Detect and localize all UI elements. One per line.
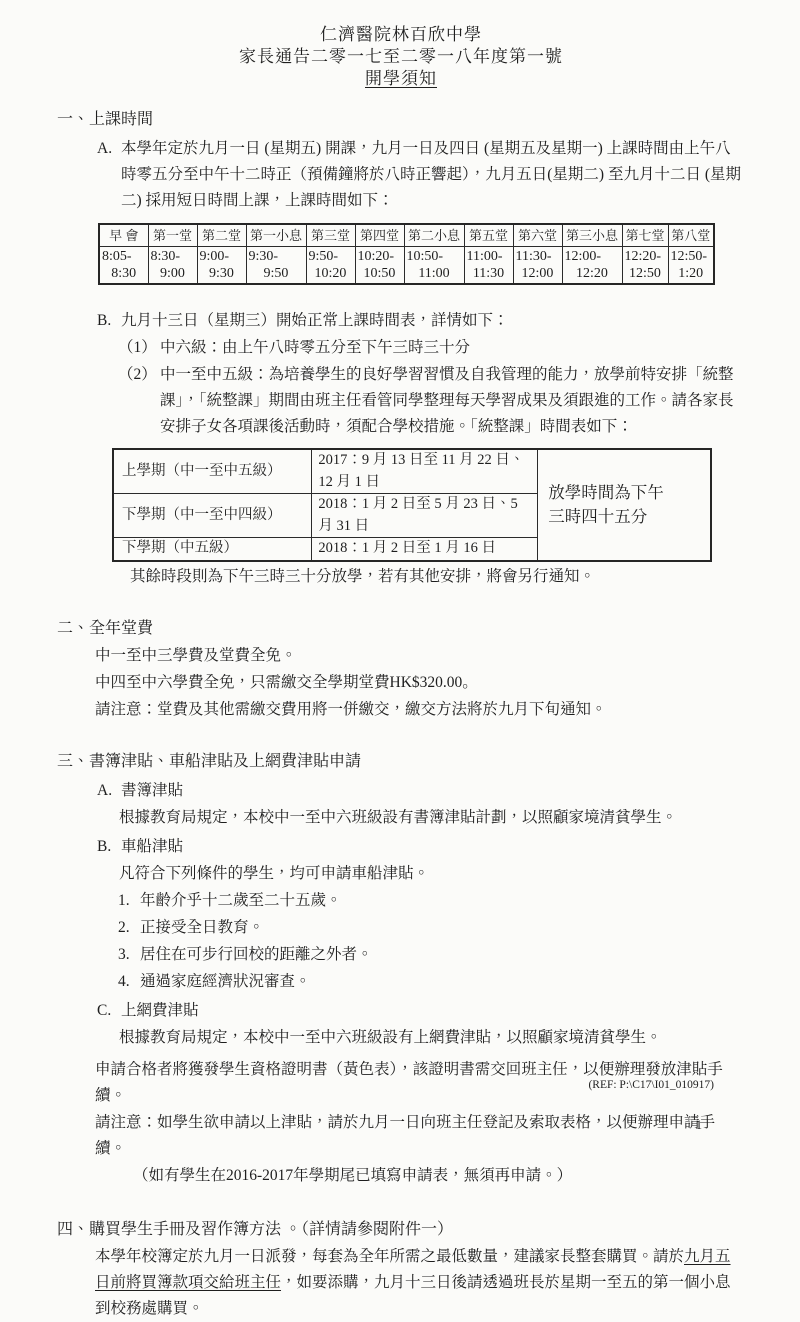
time-start: 9:00- [198,247,246,265]
schedule-col-header: 第三堂 [306,224,355,247]
section-class-times: 一、上課時間 A. 本學年定於九月一日 (星期五) 開課，九月一日及四日 (星期… [57,107,745,590]
schedule-col-header: 第八堂 [668,224,714,247]
schedule-col-header: 第五堂 [464,224,513,247]
section3-title: 三、書簿津貼、車船津貼及上網費津貼申請 [57,749,745,775]
schedule-col-header: 早 會 [99,224,148,247]
condition-number: 4. [118,969,140,995]
notice-number: 家長通告二零一七至二零一八年度第一號 [57,46,745,68]
scanned-notice-page: 仁濟醫院林百欣中學 家長通告二零一七至二零一八年度第一號 開學須知 一、上課時間… [0,0,800,1200]
subsidy-b: B. 車船津貼 [97,834,745,860]
subsidy-b-title: 車船津貼 [121,834,745,860]
time-start: 9:50- [307,247,355,265]
time-end: 12:20 [563,265,622,283]
condition-item: 2. 正接受全日教育。 [118,915,745,941]
time-end: 9:50 [247,265,306,283]
time-end: 11:30 [465,265,513,283]
schedule-col-header: 第一堂 [148,224,197,247]
fee-line-3: 請注意：堂費及其他需繳交費用將一併繳交，繳交方法將於九月下旬通知。 [95,697,745,723]
schedule-time-cell: 12:20-12:50 [622,247,668,285]
time-start: 10:20- [356,247,404,265]
time-start: 8:05- [100,247,148,265]
time-end: 8:30 [100,265,148,283]
schedule-time-cell: 10:20-10:50 [355,247,404,285]
item-b1: （1） 中六級：由上午八時零五分至下午三時三十分 [118,335,745,361]
section2-title: 二、全年堂費 [57,616,745,642]
school-name: 仁濟醫院林百欣中學 [57,24,745,46]
schedule-time-cell: 11:00-11:30 [464,247,513,285]
condition-text: 通過家庭經濟狀況審查。 [140,969,745,995]
term-dates: 2018：1 月 2 日至 1 月 16 日 [312,538,538,561]
schedule-time-cell: 12:00-12:20 [562,247,622,285]
notice-title: 開學須知 [365,68,437,90]
term-label: 上學期（中一至中五級） [113,449,312,494]
handbook-body: 本學年校簿定於九月一日派發，每套為全年所需之最低數量，建議家長整套購買。請於九月… [95,1244,745,1322]
item-a-label: A. [97,136,121,214]
subsidy-b-label: B. [97,834,121,860]
schedule-time-cell: 11:30-12:00 [513,247,562,285]
time-start: 10:50- [405,247,464,265]
schedule-col-header: 第二堂 [197,224,246,247]
schedule-col-header: 第七堂 [622,224,668,247]
time-start: 9:30- [247,247,306,265]
time-end: 9:00 [149,265,197,283]
time-end: 9:30 [198,265,246,283]
time-end: 10:20 [307,265,355,283]
schedule-col-header: 第一小息 [246,224,306,247]
subsidy-c-body: 根據教育局規定，本校中一至中六班級設有上網費津貼，以照顧家境清貧學生。 [119,1025,745,1051]
handbook-body-pre: 本學年校簿定於九月一日派發，每套為全年所需之最低數量，建議家長整套購買。請於 [95,1248,684,1265]
condition-text: 年齡介乎十二歲至二十五歲。 [140,888,745,914]
section-handbook-purchase: 四、購買學生手冊及習作簿方法 。（詳情請參閱附件一） 本學年校簿定於九月一日派發… [57,1217,745,1322]
section4-title: 四、購買學生手冊及習作簿方法 。（詳情請參閱附件一） [57,1217,745,1243]
condition-number: 3. [118,942,140,968]
subsidy-a: A. 書簿津貼 [97,778,745,804]
schedule-col-header: 第三小息 [562,224,622,247]
time-end: 10:50 [356,265,404,283]
reference-code: (REF: P:\C17\I01_010917) [588,1078,714,1092]
item-b-label: B. [97,308,121,334]
time-start: 12:50- [669,247,714,265]
time-end: 1:20 [669,265,714,283]
item-b2: （2） 中一至中五級：為培養學生的良好學習習慣及自我管理的能力，放學前特安排「統… [118,362,745,440]
section-subsidies: 三、書簿津貼、車船津貼及上網費津貼申請 A. 書簿津貼 根據教育局規定，本校中一… [57,749,745,1189]
item-b1-label: （1） [118,335,160,361]
condition-number: 1. [118,888,140,914]
subsidy-c-label: C. [97,998,121,1024]
section1-title: 一、上課時間 [57,107,745,133]
item-b-text: 九月十三日（星期三）開始正常上課時間表，詳情如下： [121,308,745,334]
item-b2-text: 中一至中五級：為培養學生的良好學習習慣及自我管理的能力，放學前特安排「統整課」，… [160,362,745,440]
subsidy-c: C. 上網費津貼 [97,998,745,1024]
schedule-col-header: 第四堂 [355,224,404,247]
time-start: 11:30- [514,247,562,265]
condition-number: 2. [118,915,140,941]
schedule-time-cell: 9:30-9:50 [246,247,306,285]
class-schedule-table: 早 會 第一堂 第二堂 第一小息 第三堂 第四堂 第二小息 第五堂 第六堂 第三… [98,223,715,285]
schedule-time-cell: 9:50-10:20 [306,247,355,285]
schedule-col-header: 第二小息 [404,224,464,247]
subsidy-a-title: 書簿津貼 [121,778,745,804]
term-row: 上學期（中一至中五級） 2017：9 月 13 日至 11 月 22 日、12 … [113,449,711,494]
condition-text: 正接受全日教育。 [140,915,745,941]
term-dates: 2018：1 月 2 日至 5 月 23 日、5 月 31 日 [312,494,538,538]
time-start: 12:20- [623,247,668,265]
dismissal-time-note: 放學時間為下午 三時四十五分 [538,449,711,561]
time-start: 12:00- [563,247,622,265]
item-a: A. 本學年定於九月一日 (星期五) 開課，九月一日及四日 (星期五及星期一) … [97,136,745,214]
fee-line-1: 中一至中三學費及堂費全免。 [95,643,745,669]
document-header: 仁濟醫院林百欣中學 家長通告二零一七至二零一八年度第一號 開學須知 [57,24,745,91]
consolidation-period-table: 上學期（中一至中五級） 2017：9 月 13 日至 11 月 22 日、12 … [112,448,712,562]
schedule-header-row: 早 會 第一堂 第二堂 第一小息 第三堂 第四堂 第二小息 第五堂 第六堂 第三… [99,224,714,247]
subsidy-a-label: A. [97,778,121,804]
schedule-times-row: 8:05-8:30 8:30-9:00 9:00-9:30 9:30-9:50 … [99,247,714,285]
item-b: B. 九月十三日（星期三）開始正常上課時間表，詳情如下： [97,308,745,334]
time-end: 12:00 [514,265,562,283]
term-dates: 2017：9 月 13 日至 11 月 22 日、12 月 1 日 [312,449,538,494]
schedule-time-cell: 12:50-1:20 [668,247,714,285]
subsidy-a-body: 根據教育局規定，本校中一至中六班級設有書簿津貼計劃，以照顧家境清貧學生。 [119,805,745,831]
item-b1-text: 中六級：由上午八時零五分至下午三時三十分 [160,335,745,361]
schedule-time-cell: 8:30-9:00 [148,247,197,285]
condition-item: 4. 通過家庭經濟狀況審查。 [118,969,745,995]
section-annual-fees: 二、全年堂費 中一至中三學費及堂費全免。 中四至中六學費全免，只需繳交全學期堂費… [57,616,745,723]
schedule-time-cell: 9:00-9:30 [197,247,246,285]
term-label: 下學期（中五級） [113,538,312,561]
time-start: 11:00- [465,247,513,265]
dismissal-footnote: 其餘時段則為下午三時三十分放學，若有其他安排，將會另行通知。 [130,564,745,590]
item-a-text: 本學年定於九月一日 (星期五) 開課，九月一日及四日 (星期五及星期一) 上課時… [121,136,745,214]
schedule-time-cell: 10:50-11:00 [404,247,464,285]
condition-text: 居住在可步行回校的距離之外者。 [140,942,745,968]
time-end: 12:50 [623,265,668,283]
subsidy-b-body: 凡符合下列條件的學生，均可申請車船津貼。 [119,861,745,887]
time-end: 11:00 [405,265,464,283]
schedule-time-cell: 8:05-8:30 [99,247,148,285]
time-start: 8:30- [149,247,197,265]
fee-line-2: 中四至中六學費全免，只需繳交全學期堂費HK$320.00。 [95,670,745,696]
subsidy-attention: 請注意：如學生欲申請以上津貼，請於九月一日向班主任登記及索取表格，以便辦理申請手… [95,1110,745,1162]
condition-item: 1. 年齡介乎十二歲至二十五歲。 [118,888,745,914]
item-b2-label: （2） [118,362,160,440]
condition-item: 3. 居住在可步行回校的距離之外者。 [118,942,745,968]
subsidy-attention-paren: （如有學生在2016-2017年學期尾已填寫申請表，無須再申請。） [133,1163,745,1189]
schedule-col-header: 第六堂 [513,224,562,247]
notice-title-row: 開學須知 [57,68,745,91]
page-number: 1 [696,1112,702,1138]
subsidy-c-title: 上網費津貼 [121,998,745,1024]
term-label: 下學期（中一至中四級） [113,494,312,538]
